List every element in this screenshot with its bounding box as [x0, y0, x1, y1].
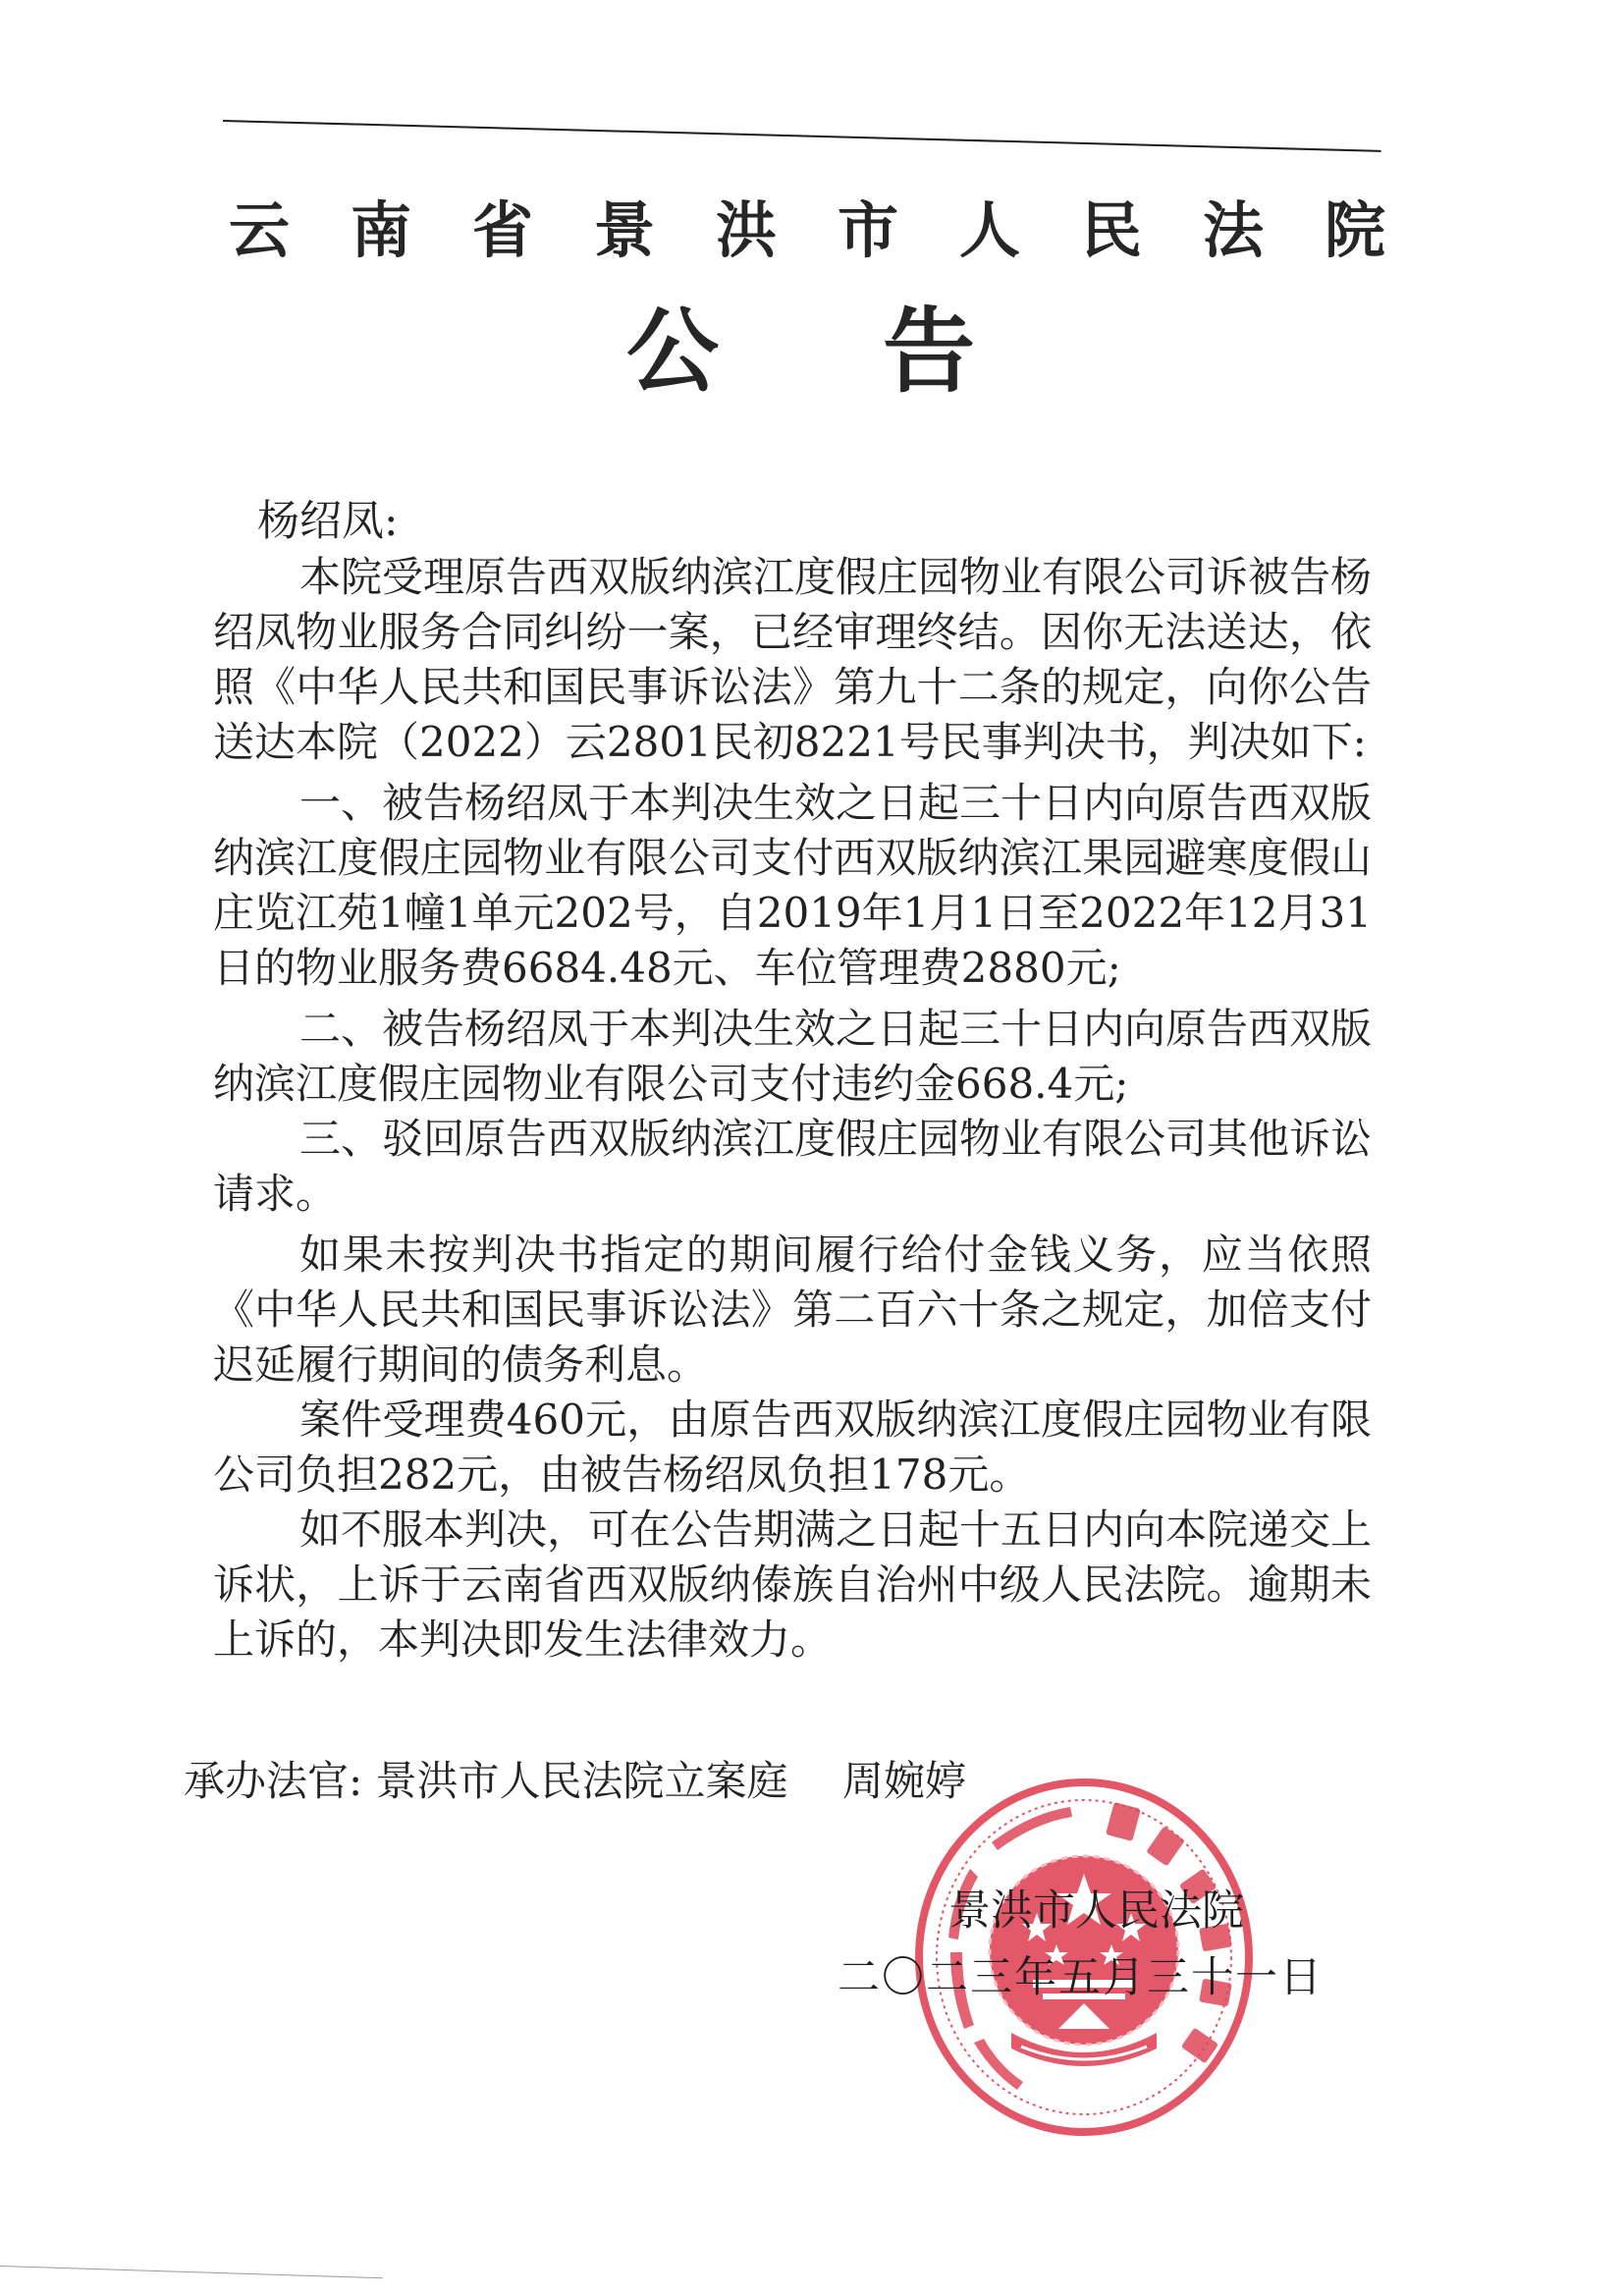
paragraph-appeal: 如不服本判决，可在公告期满之日起十五日内向本院递交上诉状，上诉于云南省西双版纳傣…: [213, 1503, 1372, 1667]
title-char: 人: [958, 196, 1021, 265]
paragraph-late-payment: 如果未按判决书指定的期间履行给付金钱义务，应当依照《中华人民共和国民事诉讼法》第…: [213, 1228, 1372, 1393]
heading-char: 公: [626, 301, 719, 403]
title-char: 云: [228, 196, 291, 265]
title-char: 法: [1202, 196, 1265, 265]
title-char: 景: [593, 196, 656, 265]
issuing-court: 景洪市人民法院: [948, 1884, 1244, 1939]
title-char: 洪: [715, 196, 778, 265]
judge-label: 承办法官:: [184, 1757, 362, 1805]
title-char: 市: [837, 196, 899, 265]
header-rule: [223, 120, 1381, 152]
paragraph-service-notice: 本院受理原告西双版纳滨江度假庄园物业有限公司诉被告杨绍凤物业服务合同纠纷一案，已…: [213, 550, 1372, 770]
court-notice-page: 云 南 省 景 洪 市 人 民 法 院 公 告 杨绍凤: 本院受理原告西双版纳滨…: [0, 0, 1623, 2296]
judge-department: 景洪市人民法院立案庭: [376, 1757, 788, 1805]
paragraph-ruling-2: 二、被告杨绍凤于本判决生效之日起三十日内向原告西双版纳滨江度假庄园物业有限公司支…: [213, 1002, 1372, 1112]
presiding-judge-line: 承办法官: 景洪市人民法院立案庭 周婉婷: [184, 1754, 966, 1809]
paragraph-ruling-3: 三、驳回原告西双版纳滨江度假庄园物业有限公司其他诉讼请求。: [213, 1112, 1372, 1222]
notice-body: 本院受理原告西双版纳滨江度假庄园物业有限公司诉被告杨绍凤物业服务合同纠纷一案，已…: [213, 550, 1372, 1667]
title-char: 民: [1080, 196, 1143, 265]
title-char: 南: [350, 196, 412, 265]
title-char: 院: [1324, 196, 1386, 265]
court-name-title: 云 南 省 景 洪 市 人 民 法 院: [228, 196, 1386, 265]
addressee: 杨绍凤:: [257, 494, 399, 549]
paragraph-case-fee: 案件受理费460元，由原告西双版纳滨江度假庄园物业有限公司负担282元，由被告杨…: [213, 1393, 1372, 1503]
paragraph-ruling-1: 一、被告杨绍凤于本判决生效之日起三十日内向原告西双版纳滨江度假庄园物业有限公司支…: [213, 776, 1372, 996]
heading-char: 告: [883, 301, 975, 403]
title-char: 省: [471, 196, 534, 265]
issue-date: 二〇二三年五月三十一日: [838, 1950, 1324, 2005]
notice-heading: 公 告: [626, 301, 975, 403]
scan-edge-line: [0, 2266, 383, 2278]
